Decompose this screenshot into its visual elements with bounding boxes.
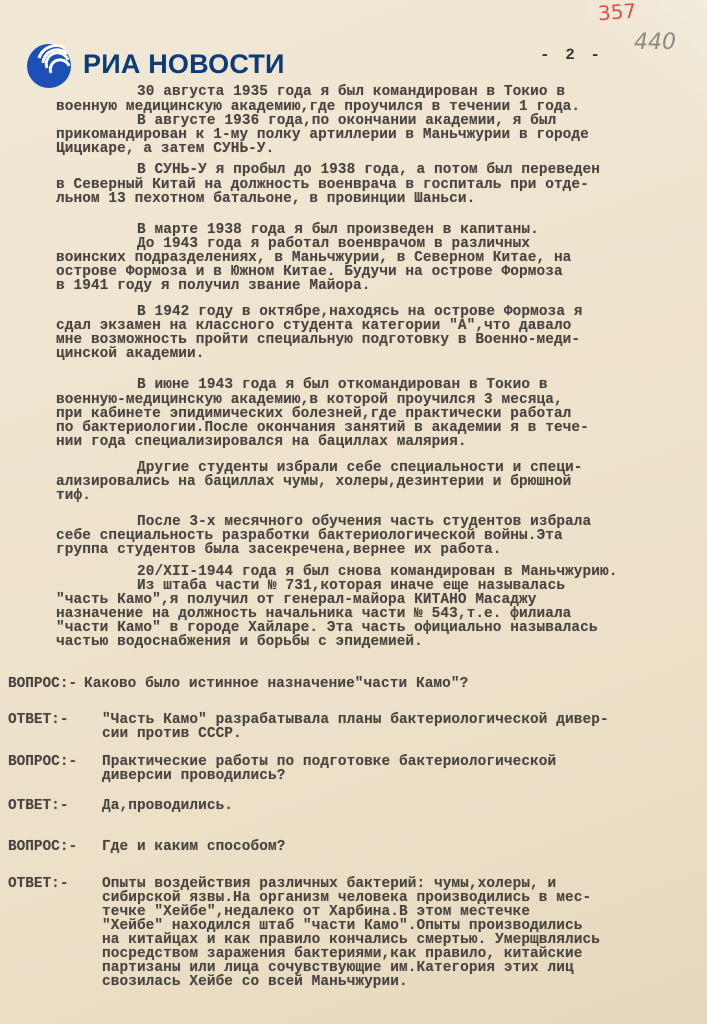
answer-text: "Хейбе" находился штаб "части Камо".Опыт…	[102, 919, 582, 933]
answer-text: Да,проводились.	[102, 799, 233, 813]
body-line: военную-медицинскую академию,в которой п…	[56, 393, 563, 407]
answer-text: "Часть Камо" разрабатывала планы бактери…	[102, 713, 609, 727]
body-line: в 1941 году я получил звание Майора.	[56, 279, 371, 293]
body-line: тиф.	[56, 489, 91, 503]
body-line: назначение на должность начальника части…	[56, 607, 571, 621]
question-text: Где и каким способом?	[102, 840, 285, 854]
archive-sheet-number-red: 357	[597, 0, 637, 25]
body-line: В марте 1938 года я был произведен в кап…	[137, 223, 539, 237]
answer-label: ОТВЕТ:-	[8, 799, 68, 813]
body-line: частью водоснабжения и борьбы с эпидемие…	[56, 635, 423, 649]
answer-text: свозилась Хейбе со всей Маньчжурии.	[102, 975, 408, 989]
body-line: льном 13 пехотном батальоне, в провинции…	[56, 192, 475, 206]
body-line: в Северный Китай на должность военврача …	[56, 178, 589, 192]
answer-text: партизаны или лица сочувствующие им.Кате…	[102, 961, 574, 975]
body-line: по бактериологии.После окончания занятий…	[56, 421, 589, 435]
question-label: ВОПРОС:-	[8, 677, 77, 691]
body-line: 20/XII-1944 года я был снова командирова…	[137, 565, 617, 579]
body-line: цинской академии.	[56, 347, 205, 361]
archive-sheet-number-pencil: 440	[634, 30, 676, 55]
body-line: военную медицинскую академию,где проучил…	[56, 100, 580, 114]
body-line: себе специальность разработки бактериоло…	[56, 529, 563, 543]
answer-text: Опыты воздействия различных бактерий: чу…	[102, 877, 556, 891]
body-line: Цицикаре, а затем СУНЬ-У.	[56, 142, 274, 156]
brand-name: РИА НОВОСТИ	[83, 49, 285, 80]
body-line: В 1942 году в октябре,находясь на остров…	[137, 305, 583, 319]
body-line: В июне 1943 года я был откомандирован в …	[137, 378, 548, 392]
body-line: После 3-х месячного обучения часть студе…	[137, 515, 591, 529]
question-label: ВОПРОС:-	[8, 840, 77, 854]
question-text: Каково было истинное назначение"части Ка…	[84, 677, 468, 691]
body-line: острове Формоза и в Южном Китае. Будучи …	[56, 265, 563, 279]
question-label: ВОПРОС:-	[8, 755, 77, 769]
body-line: В СУНЬ-У я пробыл до 1938 года, а потом …	[137, 163, 600, 177]
page-number: - 2 -	[540, 46, 603, 64]
answer-text: на китайцах и как правило кончались смер…	[102, 933, 600, 947]
body-line: Из штаба части № 731,которая иначе еще н…	[137, 579, 565, 593]
answer-label: ОТВЕТ:-	[8, 713, 68, 727]
answer-text: сии против СССР.	[102, 727, 242, 741]
body-line: нии года специализировался на бациллах м…	[56, 435, 467, 449]
body-line: До 1943 года я работал военврачом в разл…	[137, 237, 530, 251]
answer-text: сибирской язвы.На организм человека прои…	[102, 891, 591, 905]
body-line: мне возможность пройти специальную подго…	[56, 333, 580, 347]
body-line: ализировались на бациллах чумы, холеры,д…	[56, 475, 571, 489]
question-text: Практические работы по подготовке бактер…	[102, 755, 556, 769]
body-line: группа студентов была засекречена,вернее…	[56, 543, 502, 557]
ria-novosti-watermark: РИА НОВОСТИ	[25, 38, 285, 90]
body-line: "части Камо" в городе Хайларе. Эта часть…	[56, 621, 598, 635]
answer-text: посредством заражения бактериями,как пра…	[102, 947, 582, 961]
body-line: В августе 1936 года,по окончании академи…	[137, 114, 556, 128]
body-line: прикомандирован к 1-му полку артиллерии …	[56, 128, 589, 142]
question-text: диверсии проводились?	[102, 769, 285, 783]
answer-text: течке "Хейбе",недалеко от Харбина.В этом…	[102, 905, 530, 919]
answer-label: ОТВЕТ:-	[8, 877, 68, 891]
body-line: воинских подразделениях, в Маньчжурии, в…	[56, 251, 571, 265]
ria-globe-icon	[25, 38, 77, 90]
body-line: Другие студенты избрали себе специальнос…	[137, 461, 583, 475]
body-line: 30 августа 1935 года я был командирован …	[137, 85, 565, 99]
body-line: "часть Камо",я получил от генерал-майора…	[56, 593, 536, 607]
body-line: при кабинете эпидимических болезней,где …	[56, 407, 571, 421]
body-line: сдал экзамен на классного студента катег…	[56, 319, 571, 333]
